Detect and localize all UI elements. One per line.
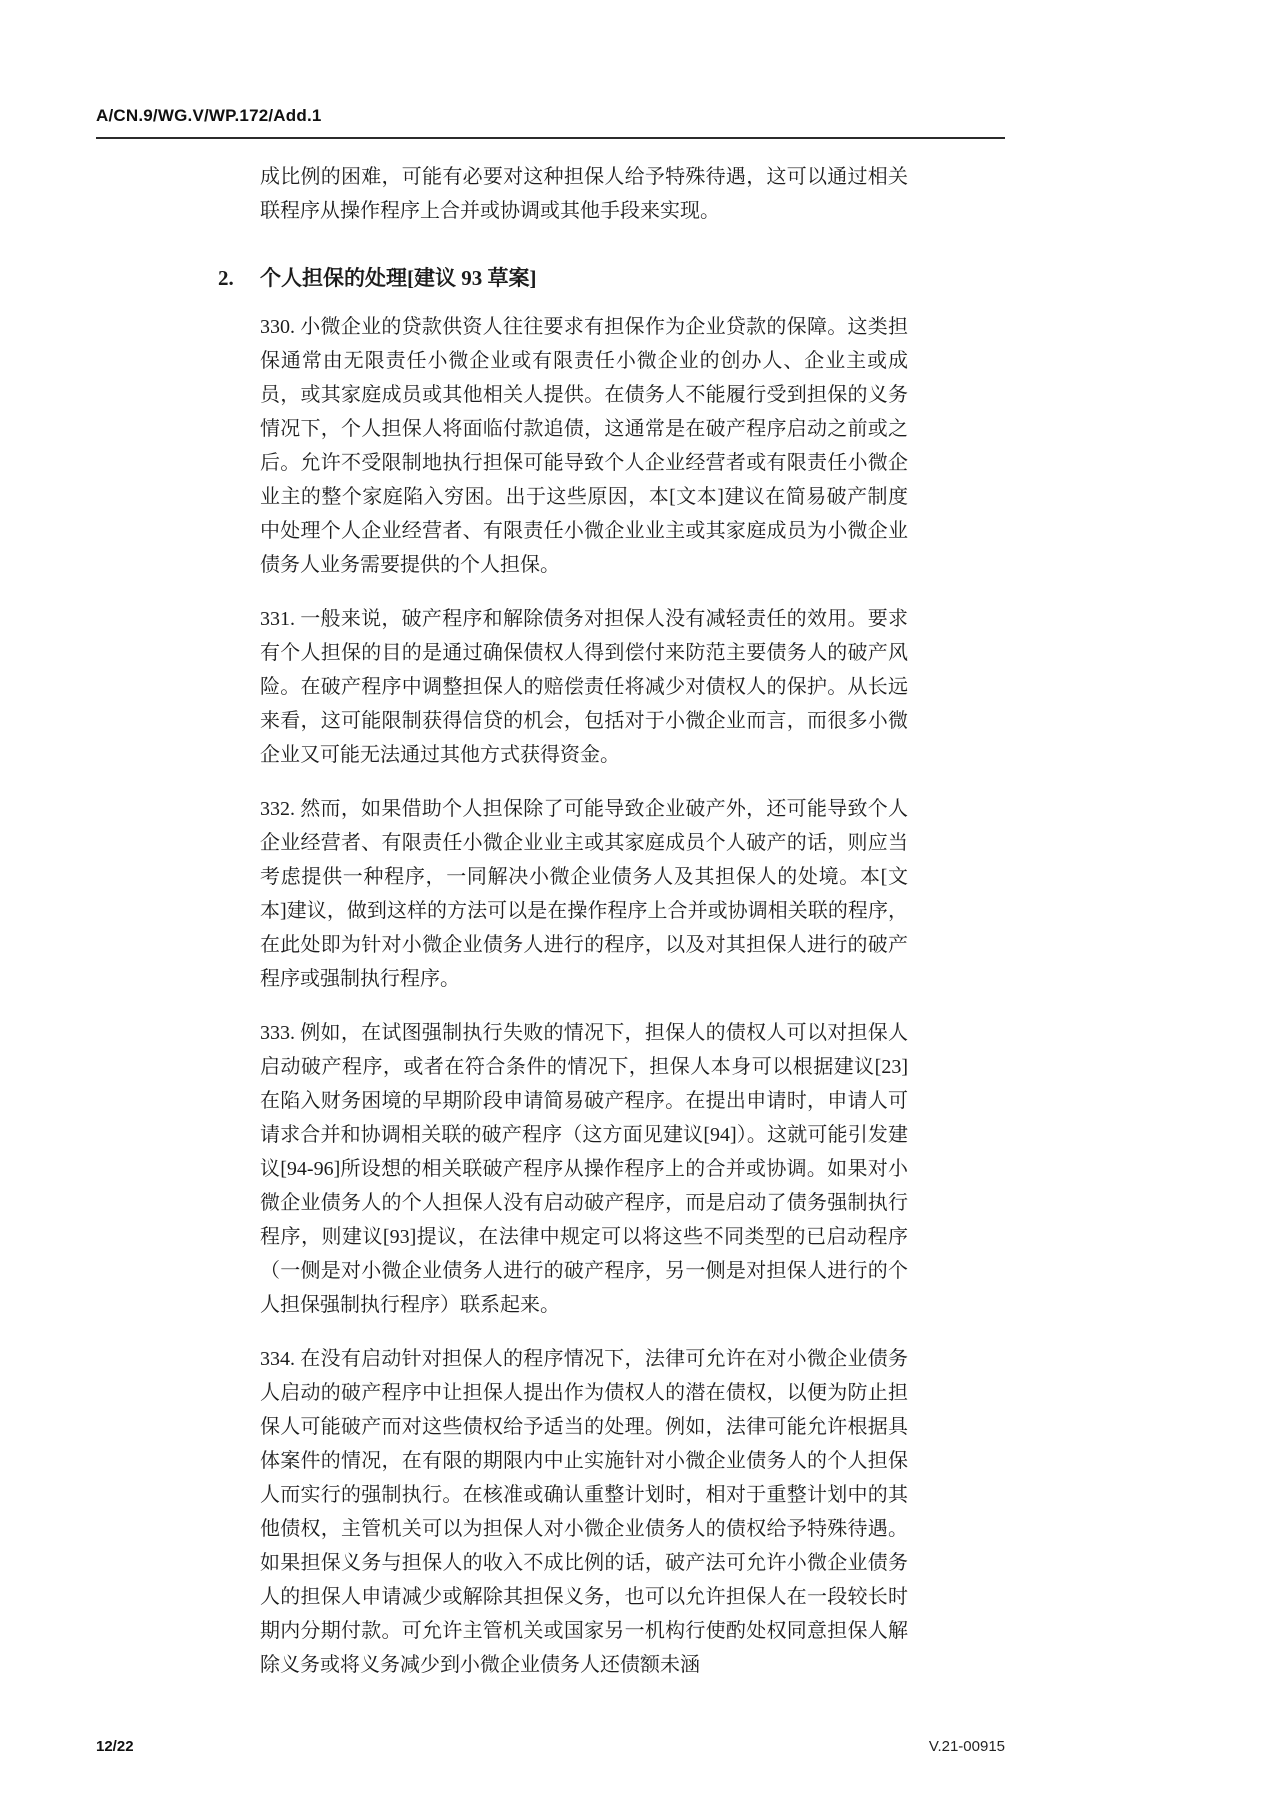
paragraph-333: 333. 例如，在试图强制执行失败的情况下，担保人的债权人可以对担保人启动破产程… xyxy=(260,1016,908,1322)
document-page: A/CN.9/WG.V/WP.172/Add.1 成比例的困难，可能有必要对这种… xyxy=(0,0,1280,1809)
body-text-column: 成比例的困难，可能有必要对这种担保人给予特殊待遇，这可以通过相关联程序从操作程序… xyxy=(260,160,908,1702)
doc-symbol: A/CN.9/WG.V/WP.172/Add.1 xyxy=(96,106,322,126)
paragraph-number: 334. xyxy=(260,1348,295,1370)
paragraph-text: 小微企业的贷款供资人往往要求有担保作为企业贷款的保障。这类担保通常由无限责任小微… xyxy=(260,316,908,576)
paragraph-330: 330. 小微企业的贷款供资人往往要求有担保作为企业贷款的保障。这类担保通常由无… xyxy=(260,310,908,582)
page-footer: 12/22 V.21-00915 xyxy=(96,1738,1005,1755)
paragraph-334: 334. 在没有启动针对担保人的程序情况下，法律可允许在对小微企业债务人启动的破… xyxy=(260,1342,908,1682)
paragraph-text: 一般来说，破产程序和解除债务对担保人没有减轻责任的效用。要求有个人担保的目的是通… xyxy=(260,608,908,766)
section-title: 个人担保的处理[建议 93 草案] xyxy=(260,264,908,292)
paragraph-number: 332. xyxy=(260,798,295,820)
continuation-paragraph: 成比例的困难，可能有必要对这种担保人给予特殊待遇，这可以通过相关联程序从操作程序… xyxy=(260,160,908,228)
paragraph-text: 然而，如果借助个人担保除了可能导致企业破产外，还可能导致个人企业经营者、有限责任… xyxy=(260,798,908,990)
paragraph-text: 例如，在试图强制执行失败的情况下，担保人的债权人可以对担保人启动破产程序，或者在… xyxy=(260,1022,908,1316)
paragraph-number: 333. xyxy=(260,1022,295,1044)
paragraph-332: 332. 然而，如果借助个人担保除了可能导致企业破产外，还可能导致个人企业经营者… xyxy=(260,792,908,996)
paragraph-text: 在没有启动针对担保人的程序情况下，法律可允许在对小微企业债务人启动的破产程序中让… xyxy=(260,1348,908,1676)
header-rule xyxy=(96,137,1005,139)
paragraph-331: 331. 一般来说，破产程序和解除债务对担保人没有减轻责任的效用。要求有个人担保… xyxy=(260,602,908,772)
section-heading: 2. 个人担保的处理[建议 93 草案] xyxy=(218,264,908,292)
section-number: 2. xyxy=(218,264,260,292)
paragraph-number: 330. xyxy=(260,316,295,338)
footer-page-number: 12/22 xyxy=(96,1738,134,1755)
footer-doc-number: V.21-00915 xyxy=(929,1738,1005,1755)
paragraph-number: 331. xyxy=(260,608,295,630)
